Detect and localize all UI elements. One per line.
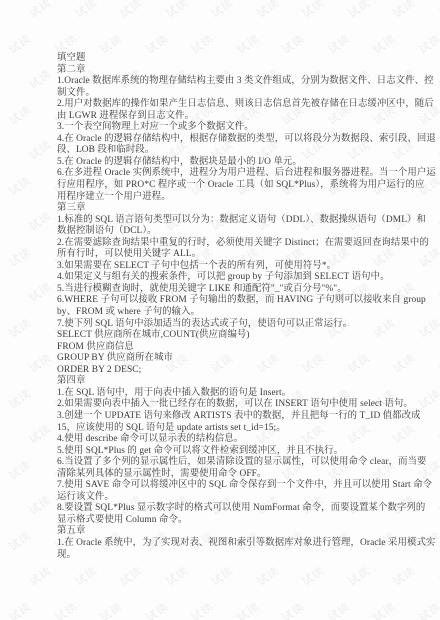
watermark-text: 试读 [253, 0, 282, 21]
text-line: 用程序建立一个用户进程。 [57, 192, 440, 204]
watermark-text: 试读 [71, 563, 100, 590]
watermark-text: 试读 [6, 30, 35, 57]
text-line: 6.当设置了多个列的显示属性后，如果清除设置的显示属性，可以使用命令 clear… [57, 457, 440, 469]
watermark-text: 试读 [97, 598, 126, 620]
text-line: 2.如果需要向表中插入一批已经存在的数据，可以在 INSERT 语句中使用 se… [57, 399, 440, 411]
watermark-text: 试读 [71, 0, 100, 21]
text-line: 第四章 [57, 376, 440, 388]
watermark-text: 试读 [370, 598, 399, 620]
text-line: 1.在 SQL 语句中，用于向表中插入数据的语句是 Insert。 [57, 388, 440, 400]
text-line: 运行该文件。 [57, 492, 440, 504]
watermark-text: 试读 [117, 563, 146, 590]
text-line: 清除某列具体的显示属性时，需要使用命令 OFF。 [57, 469, 440, 481]
text-line: 8.要设置 SQL*Plus 显示数字时的格式可以使用 NumFormat 命令… [57, 503, 440, 515]
watermark-text: 试读 [26, 492, 55, 519]
text-line: 由 LGWR 进程保存到日志文件。 [57, 111, 440, 123]
text-line: 15，应该使用的 SQL 语句是 update artists set t_id… [57, 423, 440, 435]
text-line: 7.使下列 SQL 语句中添加适当的表达式或子句，使语句可以正常运行。 [57, 319, 440, 331]
watermark-text: 试读 [390, 563, 419, 590]
text-line: 显示格式要使用 Column 命令。 [57, 515, 440, 527]
text-line: 1.在 Oracle 系统中，为了实现对表、视图和索引等数据库对象进行管理，Or… [57, 538, 440, 550]
text-line: 行应用程序，如 PRO*C 程序或一个 Oracle 工具（如 SQL*Plus… [57, 180, 440, 192]
watermark-text: 试读 [26, 137, 55, 164]
watermark-text: 试读 [233, 598, 262, 620]
watermark-text: 试读 [435, 0, 440, 21]
text-line: 段、LOB 段和临时段。 [57, 145, 440, 157]
watermark-text: 试读 [208, 563, 237, 590]
watermark-text: 试读 [188, 598, 217, 620]
watermark-text: 试读 [344, 563, 373, 590]
text-line: 6.在多进程 Oracle 实例系统中，进程分为用户进程、后台进程和服务器进程。… [57, 168, 440, 180]
text-line: 3.一个表空间物理上对应一个或多个数据文件。 [57, 122, 440, 134]
text-line: 5.使用 SQL*Plus 的 get 命令可以将文件检索到缓冲区，并且不执行。 [57, 446, 440, 458]
watermark-text: 试读 [6, 243, 35, 270]
text-line: 第三章 [57, 203, 440, 215]
watermark-text: 试读 [26, 563, 55, 590]
watermark-text: 试读 [51, 598, 80, 620]
document-body-text: 填空题第二章1.Oracle 数据库系统的物理存储结构主要由 3 类文件组成，分… [57, 53, 440, 561]
watermark-text: 试读 [344, 0, 373, 21]
text-line: by、FROM 或 where 子句的输入。 [57, 307, 440, 319]
watermark-text: 试读 [279, 598, 308, 620]
watermark-text: 试读 [162, 563, 191, 590]
watermark-text: 试读 [253, 563, 282, 590]
text-line: 2.用户对数据库的操作如果产生日志信息、则该日志信息首先被存储在日志缓冲区中，随… [57, 99, 440, 111]
text-line: 所有行时，可以使用关键字 ALL。 [57, 249, 440, 261]
watermark-text: 试读 [26, 0, 55, 21]
watermark-text: 试读 [435, 563, 440, 590]
text-line: 1.标准的 SQL 语言语句类型可以分为：数据定义语句（DDL）、数据操纵语句（… [57, 215, 440, 227]
watermark-text: 试读 [26, 421, 55, 448]
watermark-text: 试读 [208, 0, 237, 21]
text-line: SELECT 供应商所在城市,COUNT(供应商编号) [57, 330, 440, 342]
text-line: FROM 供应商信息 [57, 342, 440, 354]
text-line: 6.WHERE 子句可以接收 FROM 子句输出的数据，而 HAVING 子句则… [57, 295, 440, 307]
text-line: 5.当进行模糊查询时，就使用关键字 LIKE 和通配符"_"或百分号"%"。 [57, 284, 440, 296]
watermark-text: 试读 [299, 0, 328, 21]
watermark-text: 试读 [390, 0, 419, 21]
text-line: 4.在 Oracle 的逻辑存储结构中，根据存储数据的类型，可以将段分为数据段、… [57, 134, 440, 146]
text-line: 1.Oracle 数据库系统的物理存储结构主要由 3 类文件组成，分别为数据文件… [57, 76, 440, 88]
watermark-text: 试读 [117, 0, 146, 21]
watermark-text: 试读 [6, 101, 35, 128]
text-line: 3.创建一个 UPDATE 语句来修改 ARTISTS 表中的数据，并且把每一行… [57, 411, 440, 423]
text-line: 7.使用 SAVE 命令可以将缓冲区中的 SQL 命令保存到一个文件中，并且可以… [57, 480, 440, 492]
watermark-text: 试读 [26, 208, 55, 235]
watermark-text: 试读 [6, 172, 35, 199]
watermark-text: 试读 [6, 527, 35, 554]
watermark-text: 试读 [142, 598, 171, 620]
text-line: 制文件。 [57, 88, 440, 100]
watermark-text: 试读 [6, 456, 35, 483]
watermark-text: 试读 [162, 0, 191, 21]
text-line: 5.在 Oracle 的逻辑存储结构中，数据块是最小的 I/O 单元。 [57, 157, 440, 169]
text-line: 第二章 [57, 65, 440, 77]
text-line: 2.在需要滤除查询结果中重复的行时，必须使用关键字 Distinct；在需要返回… [57, 238, 440, 250]
text-line: 4.使用 describe 命令可以显示表的结构信息。 [57, 434, 440, 446]
watermark-text: 试读 [6, 385, 35, 412]
watermark-text: 试读 [6, 598, 35, 620]
text-line: 第五章 [57, 526, 440, 538]
text-line: GROUP BY 供应商所在城市 [57, 353, 440, 365]
text-line: 数据控制语句（DCL）。 [57, 226, 440, 238]
document-page: 试读试读试读试读试读试读试读试读试读试读试读试读试读试读试读试读试读试读试读试读… [0, 0, 440, 620]
text-line: 4.如果定义与组有关的搜索条件，可以把 group by 子句添加到 SELEC… [57, 272, 440, 284]
text-line: 填空题 [57, 53, 440, 65]
watermark-text: 试读 [26, 66, 55, 93]
text-line: 现。 [57, 550, 440, 562]
text-line: ORDER BY 2 DESC; [57, 365, 440, 377]
text-line: 3.如果需要在 SELECT 子句中包括一个表的所有列，可使用符号*。 [57, 261, 440, 273]
watermark-text: 试读 [324, 598, 353, 620]
watermark-text: 试读 [26, 350, 55, 377]
watermark-text: 试读 [299, 563, 328, 590]
watermark-text: 试读 [26, 279, 55, 306]
watermark-text: 试读 [6, 314, 35, 341]
watermark-text: 试读 [415, 598, 440, 620]
